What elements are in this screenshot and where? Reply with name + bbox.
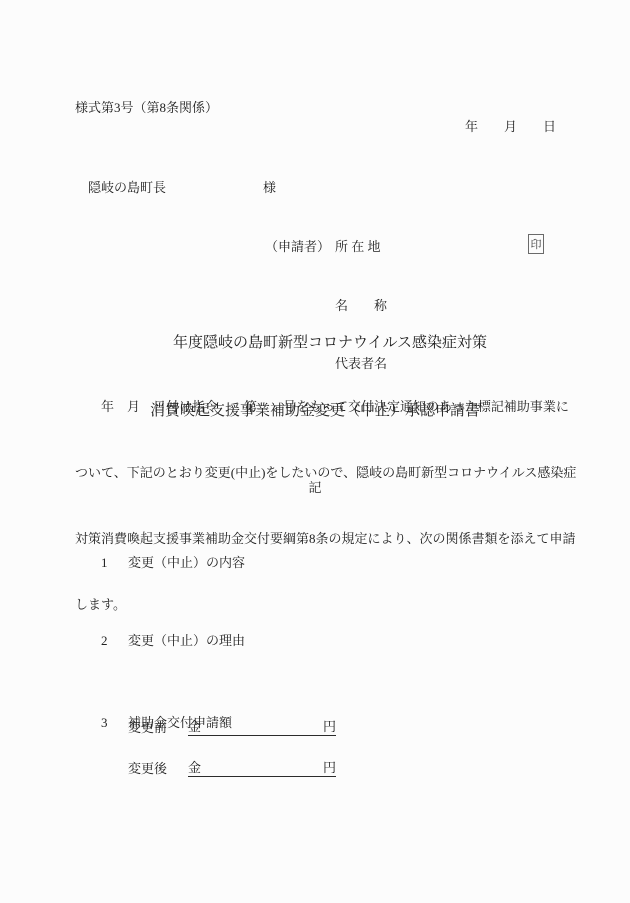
item-2-number: 2 — [101, 633, 128, 649]
amount-after-blank-field: 金 円 — [188, 757, 336, 777]
amount-after-label: 変更後 — [128, 758, 167, 777]
item-2-label: 変更（中止）の理由 — [128, 633, 245, 648]
body-line: 年 月 日付け指令 第 号をもって交付決定通知のあった標記補助事業に — [75, 396, 576, 418]
amount-before-prefix: 金 — [188, 716, 201, 735]
item-1-number: 1 — [101, 555, 128, 571]
seal-placeholder: 印 — [528, 234, 544, 254]
item-1-label: 変更（中止）の内容 — [128, 555, 245, 570]
addressee-title: 隠岐の島町長 — [88, 180, 166, 195]
amount-after-row: 変更後 金 円 — [128, 757, 336, 777]
form-number: 様式第3号（第8条関係） — [75, 97, 218, 116]
date-line: 年 月 日 — [465, 116, 556, 135]
amount-before-suffix: 円 — [323, 716, 336, 735]
amount-after-prefix: 金 — [188, 757, 201, 776]
amount-before-label: 変更前 — [128, 717, 167, 736]
body-line: します。 — [75, 594, 576, 616]
item-1: 1変更（中止）の内容 — [88, 536, 245, 587]
amount-before-row: 変更前 金 円 — [128, 716, 336, 736]
item-2: 2変更（中止）の理由 — [88, 614, 245, 665]
applicant-address-label: 所 在 地 — [335, 237, 381, 257]
addressee-line: 隠岐の島町長様 — [75, 161, 276, 212]
item-3-number: 3 — [101, 715, 128, 731]
ki-marker: 記 — [0, 477, 630, 496]
addressee-honorific: 様 — [263, 177, 276, 196]
amount-after-suffix: 円 — [323, 757, 336, 776]
application-form-document: 様式第3号（第8条関係） 年 月 日 隠岐の島町長様 （申請者） 所 在 地 名… — [0, 0, 630, 903]
applicant-address-row: （申請者） 所 在 地 — [265, 237, 387, 257]
applicant-label: （申請者） — [265, 237, 335, 257]
amount-before-blank-field: 金 円 — [188, 716, 336, 736]
